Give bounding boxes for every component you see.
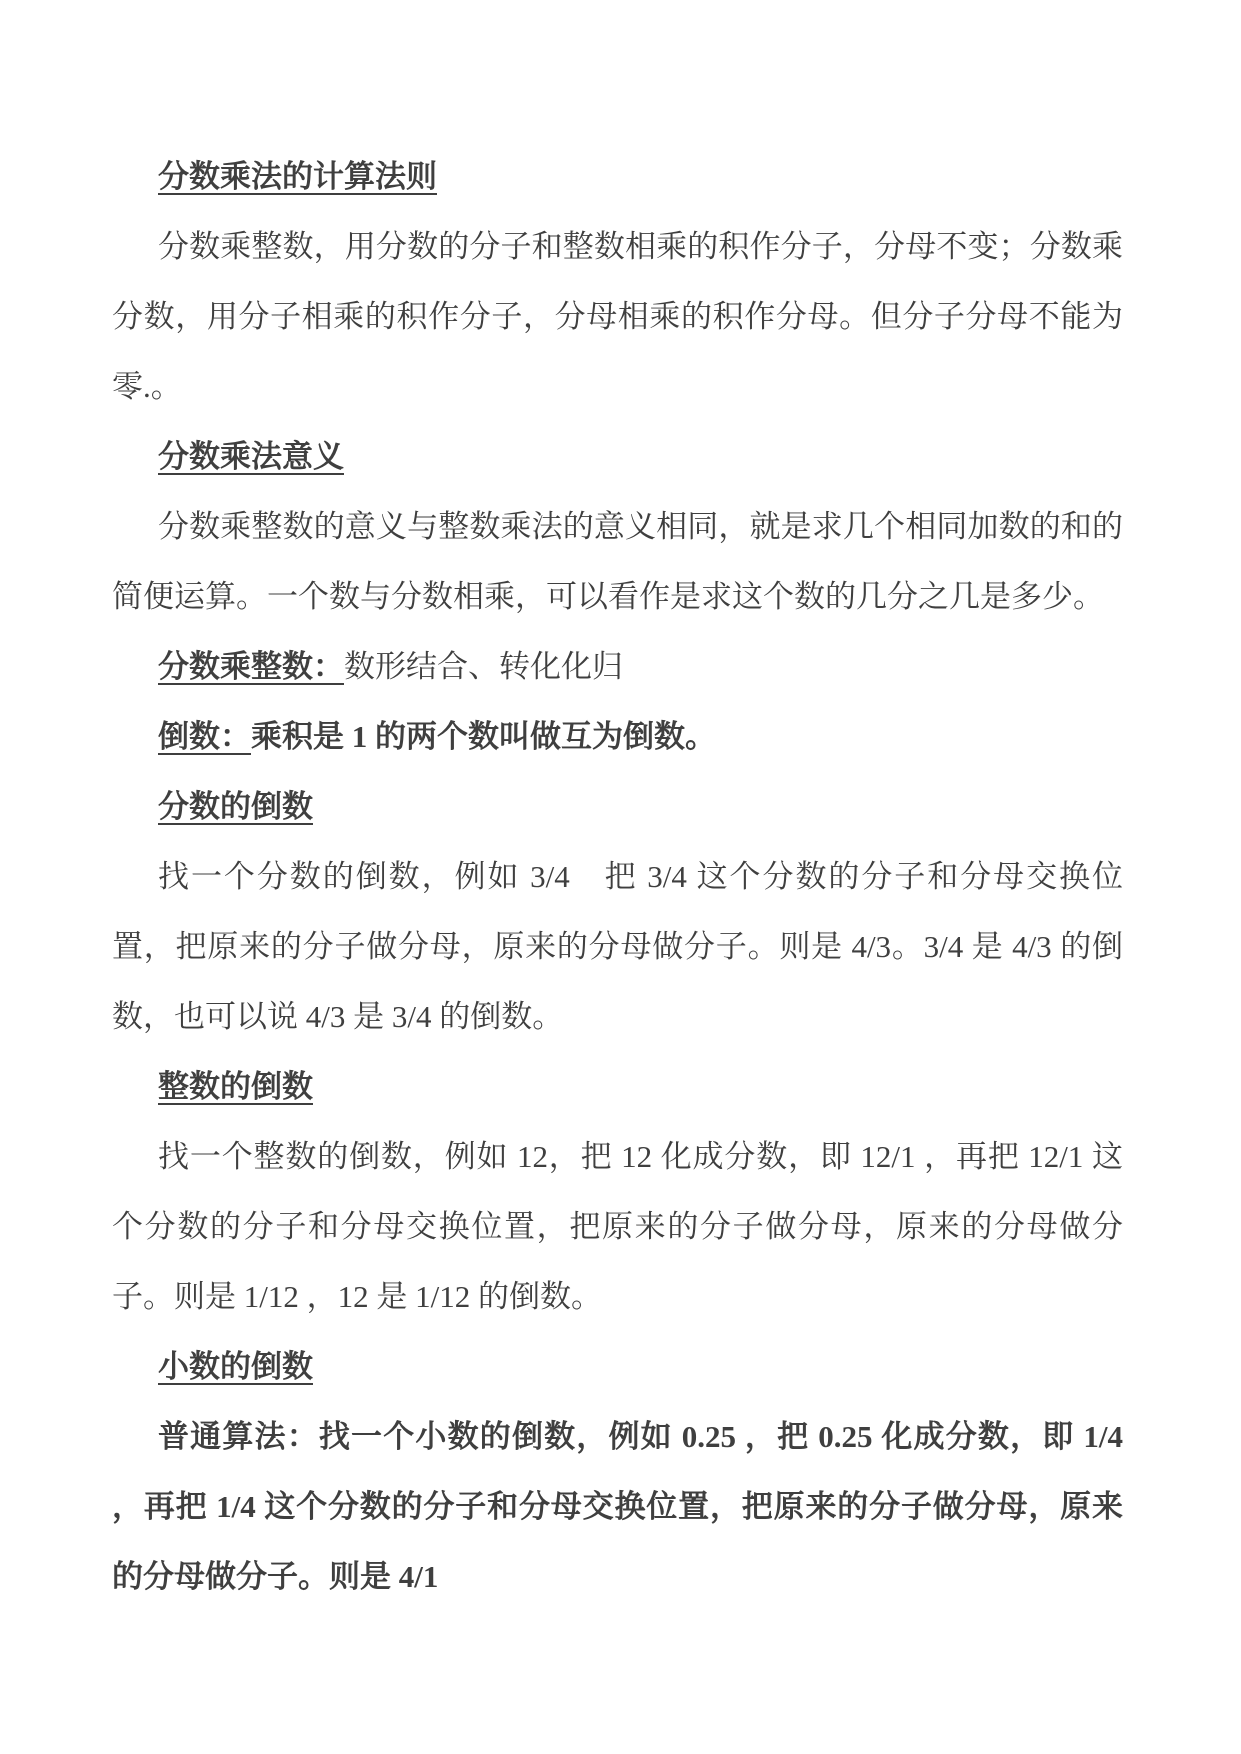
document-page: 分数乘法的计算法则 分数乘整数，用分数的分子和整数相乘的积作分子，分母不变；分数… xyxy=(112,142,1123,1612)
heading-fraction-multiplication-meaning: 分数乘法意义 xyxy=(112,422,1123,492)
term-rest: 数形结合、转化化归 xyxy=(344,649,623,684)
paragraph-reciprocal-of-fraction: 找一个分数的倒数，例如 3/4 把 3/4 这个分数的分子和分母交换位置，把原来… xyxy=(112,842,1123,1052)
term-lead: 分数乘整数： xyxy=(158,649,344,684)
heading-reciprocal-of-decimal: 小数的倒数 xyxy=(112,1332,1123,1402)
term-line-fraction-times-integer: 分数乘整数：数形结合、转化化归 xyxy=(112,632,1123,702)
heading-text: 分数的倒数 xyxy=(158,789,313,824)
term-lead: 倒数： xyxy=(158,719,251,754)
paragraph-reciprocal-of-integer: 找一个整数的倒数，例如 12，把 12 化成分数，即 12/1 ，再把 12/1… xyxy=(112,1122,1123,1332)
heading-text: 分数乘法意义 xyxy=(158,439,344,474)
heading-text: 分数乘法的计算法则 xyxy=(158,159,437,194)
paragraph-multiplication-meaning: 分数乘整数的意义与整数乘法的意义相同，就是求几个相同加数的和的简便运算。一个数与… xyxy=(112,492,1123,632)
heading-text: 小数的倒数 xyxy=(158,1349,313,1384)
paragraph-multiplication-rule: 分数乘整数，用分数的分子和整数相乘的积作分子，分母不变；分数乘分数，用分子相乘的… xyxy=(112,212,1123,422)
term-line-reciprocal-definition: 倒数：乘积是 1 的两个数叫做互为倒数。 xyxy=(112,702,1123,772)
heading-fraction-multiplication-rule: 分数乘法的计算法则 xyxy=(112,142,1123,212)
heading-reciprocal-of-integer: 整数的倒数 xyxy=(112,1052,1123,1122)
term-rest: 乘积是 1 的两个数叫做互为倒数。 xyxy=(251,719,716,754)
heading-text: 整数的倒数 xyxy=(158,1069,313,1104)
heading-reciprocal-of-fraction: 分数的倒数 xyxy=(112,772,1123,842)
paragraph-reciprocal-of-decimal: 普通算法：找一个小数的倒数，例如 0.25 ，把 0.25 化成分数，即 1/4… xyxy=(112,1402,1123,1612)
